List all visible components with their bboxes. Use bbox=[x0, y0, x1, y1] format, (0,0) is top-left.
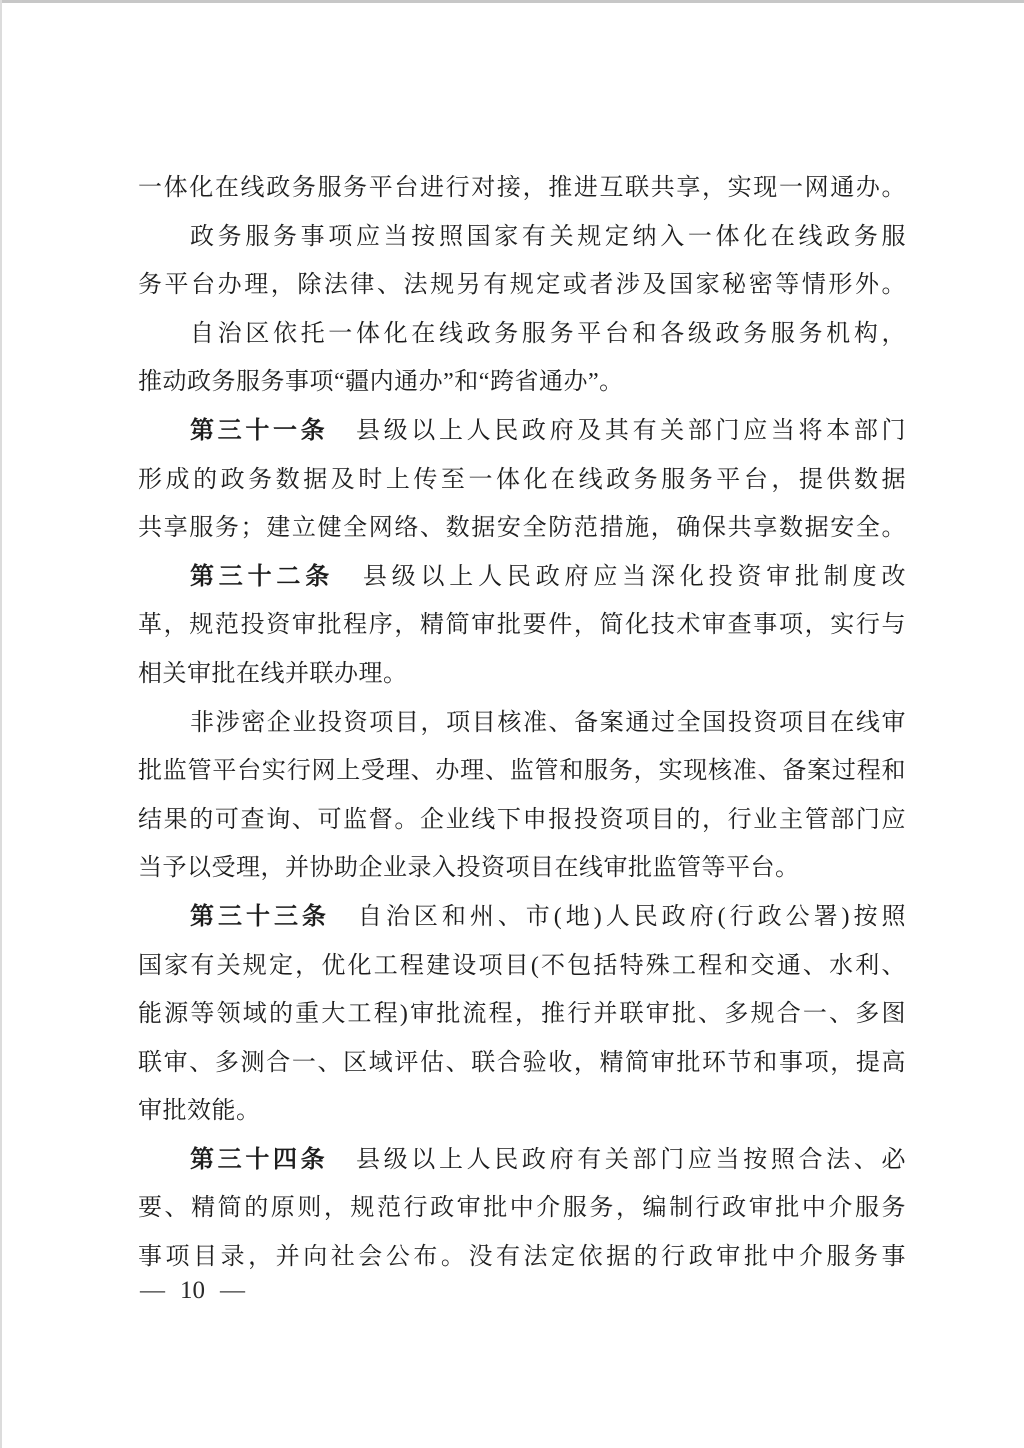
text-line: 结果的可查询、可监督。企业线下申报投资项目的，行业主管部门应 bbox=[138, 796, 906, 845]
text-line: 要、精简的原则，规范行政审批中介服务，编制行政审批中介服务 bbox=[138, 1184, 906, 1233]
text-line: 事项目录，并向社会公布。没有法定依据的行政审批中介服务事 bbox=[138, 1233, 906, 1282]
text-line: 自治区依托一体化在线政务服务平台和各级政务服务机构， bbox=[138, 310, 906, 359]
text-run: 当予以受理，并协助企业录入投资项目在线审批监管等平台。 bbox=[138, 855, 800, 881]
page-footer: — 10 — bbox=[140, 1274, 245, 1308]
text-line: 第三十三条 自治区和州、市(地)人民政府(行政公署)按照 bbox=[138, 893, 906, 942]
text-line: 能源等领域的重大工程)审批流程，推行并联审批、多规合一、多图 bbox=[138, 990, 906, 1039]
article-number: 第三十二条 bbox=[190, 563, 334, 590]
text-run: 革，规范投资审批程序，精简审批要件，简化技术审查事项，实行与 bbox=[138, 612, 906, 638]
text-line: 推动政务服务事项“疆内通办”和“跨省通办”。 bbox=[138, 358, 906, 407]
text-run: 事项目录，并向社会公布。没有法定依据的行政审批中介服务事 bbox=[138, 1244, 906, 1270]
text-run: 能源等领域的重大工程)审批流程，推行并联审批、多规合一、多图 bbox=[138, 1001, 906, 1027]
text-line: 国家有关规定，优化工程建设项目(不包括特殊工程和交通、水利、 bbox=[138, 942, 906, 991]
text-line: 第三十二条 县级以上人民政府应当深化投资审批制度改 bbox=[138, 553, 906, 602]
text-run: 相关审批在线并联办理。 bbox=[138, 661, 408, 687]
text-run: 要、精简的原则，规范行政审批中介服务，编制行政审批中介服务 bbox=[138, 1195, 906, 1221]
page-number: 10 bbox=[180, 1277, 205, 1305]
text-run: 国家有关规定，优化工程建设项目(不包括特殊工程和交通、水利、 bbox=[138, 953, 906, 979]
text-line: 第三十四条 县级以上人民政府有关部门应当按照合法、必 bbox=[138, 1136, 906, 1185]
text-line: 共享服务；建立健全网络、数据安全防范措施，确保共享数据安全。 bbox=[138, 504, 906, 553]
article-number: 第三十一条 bbox=[190, 417, 328, 444]
text-run: 审批效能。 bbox=[138, 1098, 261, 1124]
text-line: 批监管平台实行网上受理、办理、监管和服务，实现核准、备案过程和 bbox=[138, 747, 906, 796]
scan-edge-left bbox=[0, 0, 2, 1448]
text-run: 县级以上人民政府应当深化投资审批制度改 bbox=[334, 564, 906, 590]
text-run: 政务服务事项应当按照国家有关规定纳入一体化在线政务服 bbox=[190, 224, 906, 250]
text-run: 批监管平台实行网上受理、办理、监管和服务，实现核准、备案过程和 bbox=[138, 758, 906, 784]
text-run: 县级以上人民政府及其有关部门应当将本部门 bbox=[328, 418, 906, 444]
article-number: 第三十三条 bbox=[190, 903, 330, 930]
text-line: 第三十一条 县级以上人民政府及其有关部门应当将本部门 bbox=[138, 407, 906, 456]
text-line: 务平台办理，除法律、法规另有规定或者涉及国家秘密等情形外。 bbox=[138, 261, 906, 310]
text-line: 审批效能。 bbox=[138, 1087, 906, 1136]
text-line: 革，规范投资审批程序，精简审批要件，简化技术审查事项，实行与 bbox=[138, 601, 906, 650]
text-run: 县级以上人民政府有关部门应当按照合法、必 bbox=[328, 1147, 906, 1173]
text-run: 结果的可查询、可监督。企业线下申报投资项目的，行业主管部门应 bbox=[138, 807, 906, 833]
document-body: 一体化在线政务服务平台进行对接，推进互联共享，实现一网通办。政务服务事项应当按照… bbox=[138, 164, 906, 1282]
text-run: 自治区依托一体化在线政务服务平台和各级政务服务机构， bbox=[190, 321, 906, 347]
document-page: 一体化在线政务服务平台进行对接，推进互联共享，实现一网通办。政务服务事项应当按照… bbox=[0, 0, 1024, 1448]
footer-dash-left: — bbox=[140, 1277, 165, 1305]
text-line: 政务服务事项应当按照国家有关规定纳入一体化在线政务服 bbox=[138, 213, 906, 262]
text-run: 非涉密企业投资项目，项目核准、备案通过全国投资项目在线审 bbox=[190, 710, 906, 736]
scan-edge-top bbox=[0, 0, 1024, 3]
footer-dash-right: — bbox=[220, 1277, 245, 1305]
text-line: 非涉密企业投资项目，项目核准、备案通过全国投资项目在线审 bbox=[138, 699, 906, 748]
text-line: 当予以受理，并协助企业录入投资项目在线审批监管等平台。 bbox=[138, 844, 906, 893]
text-run: 自治区和州、市(地)人民政府(行政公署)按照 bbox=[330, 904, 906, 930]
text-line: 联审、多测合一、区域评估、联合验收，精简审批环节和事项，提高 bbox=[138, 1039, 906, 1088]
text-run: 推动政务服务事项“疆内通办”和“跨省通办”。 bbox=[138, 369, 624, 395]
text-line: 形成的政务数据及时上传至一体化在线政务服务平台，提供数据 bbox=[138, 456, 906, 505]
text-run: 共享服务；建立健全网络、数据安全防范措施，确保共享数据安全。 bbox=[138, 515, 906, 541]
article-number: 第三十四条 bbox=[190, 1146, 328, 1173]
text-run: 联审、多测合一、区域评估、联合验收，精简审批环节和事项，提高 bbox=[138, 1050, 906, 1076]
text-run: 务平台办理，除法律、法规另有规定或者涉及国家秘密等情形外。 bbox=[138, 272, 906, 298]
text-run: 形成的政务数据及时上传至一体化在线政务服务平台，提供数据 bbox=[138, 467, 906, 493]
text-line: 相关审批在线并联办理。 bbox=[138, 650, 906, 699]
text-line: 一体化在线政务服务平台进行对接，推进互联共享，实现一网通办。 bbox=[138, 164, 906, 213]
text-run: 一体化在线政务服务平台进行对接，推进互联共享，实现一网通办。 bbox=[138, 175, 906, 201]
